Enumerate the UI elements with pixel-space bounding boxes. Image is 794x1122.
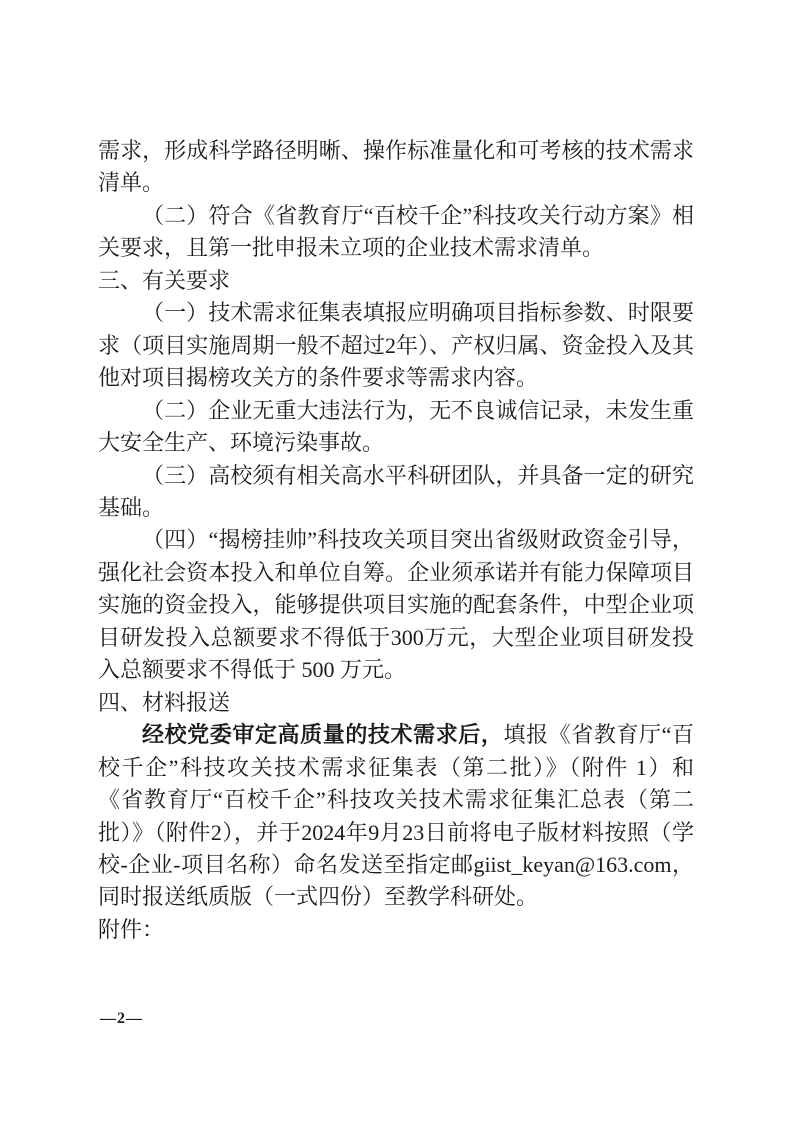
page-number: —2— bbox=[100, 1010, 143, 1028]
attachment-label: 附件： bbox=[98, 914, 694, 946]
paragraph-item-2: （二）符合《省教育厅“百校千企”科技攻关行动方案》相关要求，且第一批申报未立项的… bbox=[98, 200, 694, 265]
bold-lead-text: 经校党委审定高质量的技术需求后， bbox=[142, 722, 503, 747]
section-heading-4: 四、材料报送 bbox=[98, 687, 694, 719]
document-page: 需求，形成科学路径明晰、操作标准量化和可考核的技术需求清单。 （二）符合《省教育… bbox=[0, 0, 794, 1122]
paragraph-requirement-2: （二）企业无重大违法行为，无不良诚信记录，未发生重大安全生产、环境污染事故。 bbox=[98, 395, 694, 460]
paragraph-requirement-4: （四）“揭榜挂帅”科技攻关项目突出省级财政资金引导，强化社会资本投入和单位自筹。… bbox=[98, 524, 694, 686]
section-heading-3: 三、有关要求 bbox=[98, 265, 694, 297]
paragraph-continuation: 需求，形成科学路径明晰、操作标准量化和可考核的技术需求清单。 bbox=[98, 135, 694, 200]
paragraph-requirement-1: （一）技术需求征集表填报应明确项目指标参数、时限要求（项目实施周期一般不超过2年… bbox=[98, 297, 694, 394]
paragraph-submission-text: 填报《省教育厅“百校千企”科技攻关技术需求征集表（第二批）》（附件 1）和《省教… bbox=[98, 722, 694, 909]
paragraph-submission: 经校党委审定高质量的技术需求后，填报《省教育厅“百校千企”科技攻关技术需求征集表… bbox=[98, 719, 694, 914]
document-body: 需求，形成科学路径明晰、操作标准量化和可考核的技术需求清单。 （二）符合《省教育… bbox=[98, 135, 694, 946]
paragraph-requirement-3: （三）高校须有相关高水平科研团队，并具备一定的研究基础。 bbox=[98, 460, 694, 525]
